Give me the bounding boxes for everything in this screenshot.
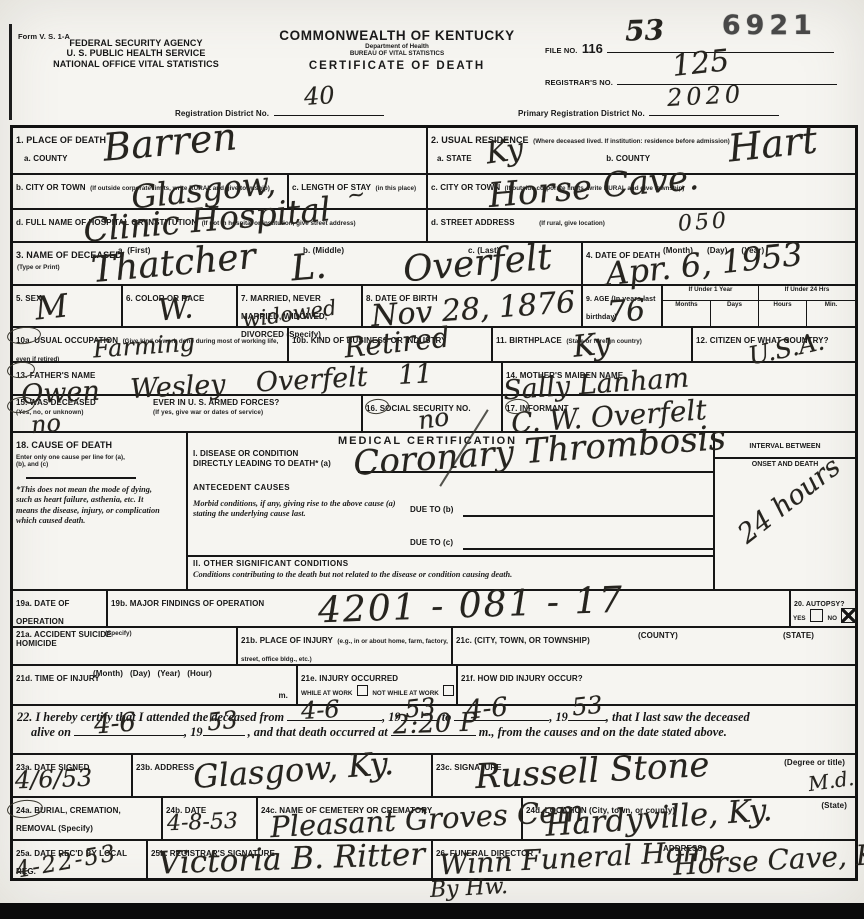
field-burial-cremation: 24a. BURIAL, CREMATION, REMOVAL (Specify… bbox=[13, 798, 163, 839]
business-label: 10b. KIND OF BUSINESS OR INDUSTRY bbox=[292, 336, 447, 345]
age-under1yr-header: If Under 1 Year bbox=[663, 286, 759, 300]
disease-label-1: I. DISEASE OR CONDITION bbox=[193, 449, 298, 458]
stay-label: c. LENGTH OF STAY bbox=[292, 183, 371, 192]
how-injury-label: 21f. HOW DID INJURY OCCUR? bbox=[461, 674, 583, 683]
file-no-handwritten: 53 bbox=[625, 13, 665, 47]
name-note: (Type or Print) bbox=[17, 265, 60, 272]
ssn-label: 16. SOCIAL SECURITY NO. bbox=[366, 404, 471, 413]
field-burial-date: 24b. DATE 4-8-53 bbox=[163, 798, 258, 839]
birthplace-label: 11. BIRTHPLACE bbox=[496, 336, 562, 345]
field-city-of-residence: c. CITY OR TOWN (If outside corporate li… bbox=[428, 175, 855, 208]
father-label: 13. FATHER'S NAME bbox=[16, 371, 95, 380]
morbid-note: Morbid conditions, if any, giving rise t… bbox=[193, 499, 398, 520]
street-label: d. STREET ADDRESS bbox=[431, 218, 515, 227]
interval-label: INTERVAL BETWEEN bbox=[749, 443, 820, 450]
field-informant: 17. INFORMANT C. W. Overfelt bbox=[503, 396, 855, 431]
certify-text: m., from the causes and on the date stat… bbox=[479, 725, 727, 739]
field-cemetery: 24c. NAME OF CEMETERY OR CREMATORY Pleas… bbox=[258, 798, 523, 839]
usual-residence-note: (Where deceased lived. If institution: r… bbox=[533, 138, 730, 145]
burial-label: 24a. BURIAL, CREMATION, REMOVAL (Specify… bbox=[16, 806, 121, 833]
file-no-label: FILE NO. bbox=[545, 46, 577, 55]
certificate-form: 1. PLACE OF DEATH a. COUNTY Barren 2. US… bbox=[10, 125, 858, 881]
field-age-subcolumns: If Under 1 Year If Under 24 Hrs Months D… bbox=[663, 286, 855, 326]
blank-line bbox=[358, 471, 713, 473]
primary-district-label: Primary Registration District No. bbox=[518, 109, 645, 118]
field-place-of-death-county: 1. PLACE OF DEATH a. COUNTY Barren bbox=[13, 128, 428, 173]
scanned-certificate-page: Form V. S. 1-A FEDERAL SECURITY AGENCY U… bbox=[0, 0, 864, 903]
agency-line: U. S. PUBLIC HEALTH SERVICE bbox=[26, 48, 246, 58]
file-stamp: 6921 bbox=[722, 10, 817, 41]
dob-label: 8. DATE OF BIRTH bbox=[366, 294, 438, 303]
section-divider bbox=[188, 555, 715, 557]
res-city-note: (If outside corporate limits, write RURA… bbox=[505, 185, 685, 192]
occupation-handwritten: Farming bbox=[92, 328, 196, 363]
district-handwritten: 40 bbox=[303, 81, 335, 111]
district-line: Registration District No. 40 Primary Reg… bbox=[175, 103, 779, 121]
field-place-of-injury: 21b. PLACE OF INJURY (e.g., in or about … bbox=[238, 628, 453, 664]
field-mother-name: 14. MOTHER'S MAIDEN NAME Sally Lanham bbox=[503, 363, 855, 394]
file-number-line: FILE NO. 116 53 6921 bbox=[545, 38, 834, 58]
state-label: a. STATE bbox=[437, 154, 472, 163]
cemetery-location-handwritten: Hardyville, Ky. bbox=[544, 792, 773, 844]
certificate-title: CERTIFICATE OF DEATH bbox=[272, 60, 522, 72]
injury-state-label: (STATE) bbox=[783, 631, 814, 640]
first-name-handwritten: Thatcher bbox=[90, 236, 258, 291]
burial-date-label: 24b. DATE bbox=[166, 806, 206, 815]
armed-forces-label: 15. WAS DECEASED(Yes, no, or unknown) bbox=[16, 398, 146, 417]
while-at-work-label: WHILE AT WORK bbox=[301, 690, 352, 697]
field-date-of-operation: 19a. DATE OF OPERATION bbox=[13, 591, 108, 626]
field-major-findings: 19b. MAJOR FINDINGS OF OPERATION 4201 - … bbox=[108, 591, 791, 626]
field-father-name: 13. FATHER'S NAME Owen Wesley Overfelt 1… bbox=[13, 363, 503, 394]
autopsy-yes-checkbox bbox=[810, 609, 823, 622]
field-street-address: d. STREET ADDRESS (If rural, give locati… bbox=[428, 210, 855, 241]
cause-note: Enter only one cause per line for (a), (… bbox=[16, 455, 136, 469]
blank-line: 53 bbox=[203, 735, 245, 736]
field-name-of-deceased: 3. NAME OF DECEASED (Type or Print) a. (… bbox=[13, 243, 583, 284]
age-under24hr-header: If Under 24 Hrs bbox=[759, 286, 855, 300]
cause-of-death-title: 18. CAUSE OF DEATH bbox=[16, 440, 112, 450]
bureau-line: BUREAU OF VITAL STATISTICS bbox=[272, 50, 522, 57]
blank-line bbox=[463, 548, 713, 550]
scan-edge-mark bbox=[9, 24, 12, 120]
age-label: 9. AGE (In years last birthday) bbox=[586, 296, 656, 321]
age-months-col: Months bbox=[663, 301, 711, 327]
hospital-note: (If not in hospital or institution, give… bbox=[202, 220, 356, 227]
findings-label: 19b. MAJOR FINDINGS OF OPERATION bbox=[111, 599, 264, 608]
date-of-death-columns: (Month) (Day) (Year) bbox=[663, 246, 764, 255]
injury-county-label: (COUNTY) bbox=[638, 631, 678, 640]
injury-time-columns: (Month) (Day) (Year) (Hour) bbox=[93, 669, 212, 678]
disease-label-2: DIRECTLY LEADING TO DEATH* (a) bbox=[193, 459, 331, 468]
armed-forces-label2: EVER IN U. S. ARMED FORCES?(If yes, give… bbox=[153, 398, 353, 417]
certify-text: 22. I hereby certify that I attended the… bbox=[17, 710, 284, 724]
mother-label: 14. MOTHER'S MAIDEN NAME bbox=[506, 371, 623, 380]
county-label: a. COUNTY bbox=[24, 154, 68, 163]
funeral-director-label: 26. FUNERAL DIRECTOR bbox=[436, 849, 533, 858]
blank-line: 6921 bbox=[704, 38, 834, 53]
certify-text: , that I last saw the deceased bbox=[606, 710, 750, 724]
res-city-label: c. CITY OR TOWN bbox=[431, 183, 500, 192]
signature-degree-label: (Degree or title) bbox=[784, 758, 845, 767]
blank-line: 53 bbox=[568, 720, 606, 721]
date-received-handwritten: 4-22-53 bbox=[14, 840, 120, 883]
field-cause-of-death-notes: 18. CAUSE OF DEATH Enter only one cause … bbox=[13, 433, 188, 589]
operation-date-label: 19a. DATE OF OPERATION bbox=[16, 599, 70, 626]
place-of-death-title: 1. PLACE OF DEATH bbox=[16, 135, 106, 145]
field-birthplace: 11. BIRTHPLACE (State or foreign country… bbox=[493, 328, 693, 361]
field-certification-statement: 22. I hereby certify that I attended the… bbox=[13, 706, 855, 753]
injury-city-label: 21c. (CITY, TOWN, OR TOWNSHIP) bbox=[456, 636, 590, 645]
cemetery-location-label: 24d. LOCATION (City, town, or county) bbox=[526, 806, 675, 815]
agency-line: FEDERAL SECURITY AGENCY bbox=[26, 38, 246, 48]
registrar-signature-handwritten: Victoria B. Ritter bbox=[157, 836, 425, 881]
field-registrar-signature: 25b. REGISTRAR'S SIGNATURE Victoria B. R… bbox=[148, 841, 433, 878]
field-ssn: 16. SOCIAL SECURITY NO. no bbox=[363, 396, 503, 431]
field-sex: 5. SEX M bbox=[13, 286, 123, 326]
field-occupation: 10a. USUAL OCCUPATION (Give kind of work… bbox=[13, 328, 289, 361]
field-citizen: 12. CITIZEN OF WHAT COUNTRY? U.S.A. bbox=[693, 328, 855, 361]
field-physician-address: 23b. ADDRESS Glasgow, Ky. bbox=[133, 755, 433, 796]
street-note: (If rural, give location) bbox=[539, 220, 605, 227]
county-handwritten: Barren bbox=[101, 114, 238, 170]
field-injury-occurred: 21e. INJURY OCCURRED WHILE AT WORK NOT W… bbox=[298, 666, 458, 704]
field-city-of-death: b. CITY OR TOWN (If outside corporate li… bbox=[13, 175, 289, 208]
due-to-b-label: DUE TO (b) bbox=[410, 505, 454, 514]
dob-handwritten: Nov 28, 1876 bbox=[370, 285, 576, 334]
last-name-label: c. (Last) bbox=[468, 246, 500, 255]
certify-text: to bbox=[442, 710, 452, 724]
date-received-label: 25a. DATE REC'D BY LOCAL REG. bbox=[16, 849, 127, 876]
field-business-industry: 10b. KIND OF BUSINESS OR INDUSTRY Retire… bbox=[289, 328, 493, 361]
physician-address-label: 23b. ADDRESS bbox=[136, 763, 194, 772]
citizen-label: 12. CITIZEN OF WHAT COUNTRY? bbox=[696, 336, 829, 345]
certify-text: , 19 bbox=[184, 725, 202, 739]
other-conditions-title: II. OTHER SIGNIFICANT CONDITIONS bbox=[193, 559, 348, 568]
blank-line bbox=[463, 515, 713, 517]
field-injury-city: 21c. (CITY, TOWN, OR TOWNSHIP) (COUNTY) … bbox=[453, 628, 855, 664]
field-cemetery-location: 24d. LOCATION (City, town, or county) (S… bbox=[523, 798, 855, 839]
cemetery-label: 24c. NAME OF CEMETERY OR CREMATORY bbox=[261, 806, 432, 815]
blank-line: 40 bbox=[274, 104, 384, 116]
city-note: (If outside corporate limits, write RURA… bbox=[90, 185, 270, 192]
agency-line: NATIONAL OFFICE VITAL STATISTICS bbox=[26, 59, 246, 69]
divider-line bbox=[715, 457, 855, 459]
autopsy-yes-label: YES bbox=[793, 615, 806, 622]
file-no-printed: 116 bbox=[582, 41, 603, 56]
field-armed-forces: 15. WAS DECEASED(Yes, no, or unknown) EV… bbox=[13, 396, 363, 431]
birthplace-note: (State or foreign country) bbox=[566, 338, 642, 345]
city-label: b. CITY OR TOWN bbox=[16, 183, 86, 192]
dept-line: Department of Health bbox=[272, 43, 522, 50]
registrar-no-label: REGISTRAR'S NO. bbox=[545, 78, 613, 87]
while-at-work-checkbox bbox=[357, 685, 368, 696]
usual-residence-title: 2. USUAL RESIDENCE bbox=[431, 135, 529, 145]
registrar-number-line: REGISTRAR'S NO. 125 bbox=[545, 72, 837, 90]
state-title-block: COMMONWEALTH OF KENTUCKY Department of H… bbox=[272, 28, 522, 72]
scan-bottom-band bbox=[0, 903, 864, 919]
field-how-injury-occurred: 21f. HOW DID INJURY OCCUR? bbox=[458, 666, 855, 704]
field-age: 9. AGE (In years last birthday) 76 bbox=[583, 286, 663, 326]
signature-label: 23c. SIGNATURE bbox=[436, 763, 502, 772]
field-interval: INTERVAL BETWEEN ONSET AND DEATH 24 hour… bbox=[715, 433, 855, 589]
occupation-label: 10a. USUAL OCCUPATION bbox=[16, 336, 118, 345]
first-name-label: a. (First) bbox=[118, 246, 151, 255]
medical-certification-title: MEDICAL CERTIFICATION bbox=[338, 435, 517, 447]
date-of-death-label: 4. DATE OF DEATH bbox=[586, 251, 660, 260]
age-days-col: Days bbox=[711, 301, 759, 327]
injury-time-m: m. bbox=[278, 691, 288, 700]
name-title: 3. NAME OF DECEASED bbox=[16, 250, 122, 260]
field-length-of-stay: c. LENGTH OF STAY (in this place) ~ bbox=[289, 175, 428, 208]
certify-text: , and that death occurred at bbox=[248, 725, 388, 739]
field-date-of-birth: 8. DATE OF BIRTH Nov 28, 1876 bbox=[363, 286, 583, 326]
funeral-address-label: ADDRESS bbox=[663, 844, 703, 853]
blank-line: 2020 bbox=[649, 104, 779, 116]
cemetery-state-label: (State) bbox=[821, 801, 847, 810]
blank-line: 4-6 bbox=[454, 720, 549, 721]
hospital-label: d. FULL NAME OF HOSPITAL OR INSTITUTION bbox=[16, 218, 197, 227]
res-county-handwritten: Hart bbox=[726, 117, 819, 170]
time-of-death-handwritten: 2:20 P bbox=[392, 708, 477, 741]
accident-note: (Specify) bbox=[105, 631, 132, 638]
not-while-at-work-checkbox bbox=[443, 685, 454, 696]
field-date-of-death: 4. DATE OF DEATH (Month) (Day) (Year) Ap… bbox=[583, 243, 855, 284]
field-autopsy: 20. AUTOPSY? YES NO bbox=[791, 591, 855, 626]
date-signed-label: 23a. DATE SIGNED bbox=[16, 763, 89, 772]
field-date-signed: 23a. DATE SIGNED 4/6/53 bbox=[13, 755, 133, 796]
blank-line: 53 bbox=[401, 720, 439, 721]
blank-line: 53 bbox=[607, 38, 699, 53]
field-physician-signature: 23c. SIGNATURE (Degree or title) Russell… bbox=[433, 755, 855, 796]
autopsy-no-checkbox bbox=[841, 608, 856, 623]
race-label: 6. COLOR OR RACE bbox=[126, 294, 205, 303]
date-of-death-handwritten: Apr. 6, 1953 bbox=[604, 235, 805, 293]
blank-line: 4-6 bbox=[287, 720, 382, 721]
due-to-c-label: DUE TO (c) bbox=[410, 538, 453, 547]
injury-time-label: 21d. TIME OF INJURY bbox=[16, 674, 100, 683]
other-conditions-note: Conditions contributing to the death but… bbox=[193, 570, 533, 580]
field-accident-suicide-homicide: 21a. ACCIDENT SUICIDE HOMICIDE (Specify) bbox=[13, 628, 238, 664]
res-county-label: b. COUNTY bbox=[606, 154, 650, 163]
certify-text: alive on bbox=[31, 725, 71, 739]
certify-text: , 19 bbox=[549, 710, 567, 724]
not-while-at-work-label: NOT WHILE AT WORK bbox=[372, 690, 438, 697]
field-color-or-race: 6. COLOR OR RACE W. bbox=[123, 286, 238, 326]
field-marital-status: 7. MARRIED, NEVER MARRIED, WIDOWED, DIVO… bbox=[238, 286, 363, 326]
agency-block: FEDERAL SECURITY AGENCY U. S. PUBLIC HEA… bbox=[26, 38, 246, 69]
blank-line: 125 bbox=[617, 72, 837, 85]
middle-name-label: b. (Middle) bbox=[303, 246, 344, 255]
antecedent-label: ANTECEDENT CAUSES bbox=[193, 483, 290, 492]
birthplace-handwritten: Ky bbox=[571, 326, 612, 365]
last-name-handwritten: Overfelt bbox=[401, 237, 553, 291]
signature-degree-handwritten: M.d. bbox=[807, 766, 856, 796]
autopsy-no-label: NO bbox=[828, 615, 837, 622]
commonwealth-title: COMMONWEALTH OF KENTUCKY bbox=[272, 28, 522, 43]
field-time-of-injury: 21d. TIME OF INJURY (Month) (Day) (Year)… bbox=[13, 666, 298, 704]
age-hours-col: Hours bbox=[759, 301, 807, 327]
informant-label: 17. INFORMANT bbox=[506, 404, 569, 413]
divider-line bbox=[26, 477, 136, 479]
field-funeral-director: 26. FUNERAL DIRECTOR ADDRESS Winn Funera… bbox=[433, 841, 855, 878]
district-label: Registration District No. bbox=[175, 109, 269, 118]
field-usual-residence: 2. USUAL RESIDENCE (Where deceased lived… bbox=[428, 128, 855, 173]
street-handwritten: 050 bbox=[677, 208, 730, 236]
blank-line: 2:20 P bbox=[391, 735, 476, 736]
certify-text: , 19 bbox=[382, 710, 400, 724]
registrar-signature-label: 25b. REGISTRAR'S SIGNATURE bbox=[151, 849, 275, 858]
blank-line: 4-6 bbox=[74, 735, 184, 736]
injury-place-label: 21b. PLACE OF INJURY bbox=[241, 636, 333, 645]
age-min-col: Min. bbox=[807, 301, 855, 327]
stay-note: (in this place) bbox=[376, 185, 417, 192]
field-medical-certification: MEDICAL CERTIFICATION I. DISEASE OR COND… bbox=[188, 433, 715, 589]
cause-footnote: *This does not mean the mode of dying, s… bbox=[16, 485, 166, 526]
interval-label2: ONSET AND DEATH bbox=[752, 461, 819, 468]
field-hospital: d. FULL NAME OF HOSPITAL OR INSTITUTION … bbox=[13, 210, 428, 241]
sex-label: 5. SEX bbox=[16, 294, 42, 303]
sex-handwritten: M bbox=[33, 286, 70, 327]
field-date-received: 25a. DATE REC'D BY LOCAL REG. 4-22-53 bbox=[13, 841, 148, 878]
